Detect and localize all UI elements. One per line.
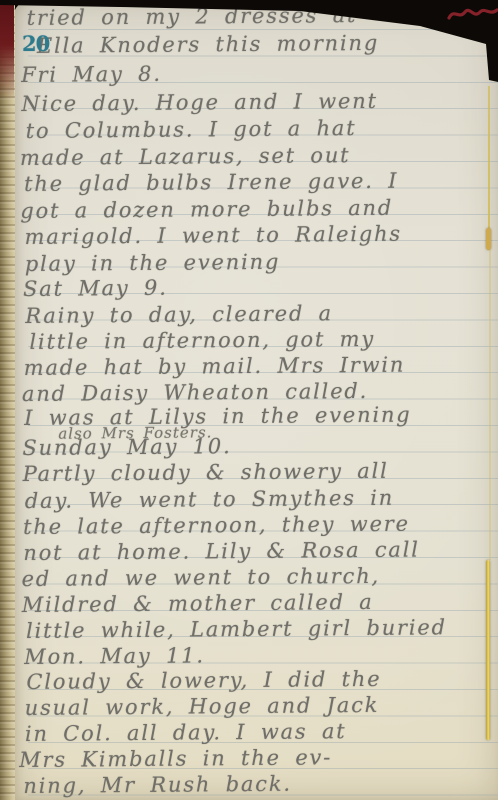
journal-date-line: Sat May 9. bbox=[23, 276, 168, 301]
journal-line: the late afternoon, they were bbox=[23, 512, 410, 539]
journal-line: made at Lazarus, set out bbox=[20, 143, 351, 170]
journal-date-line: Sunday May 10. bbox=[22, 434, 231, 460]
journal-line: marigold. I went to Raleighs bbox=[24, 222, 402, 249]
page-number: 20 bbox=[22, 31, 49, 56]
journal-line: the glad bulbs Irene gave. I bbox=[24, 169, 398, 196]
journal-line: and Daisy Wheaton called. bbox=[22, 379, 368, 406]
journal-line: play in the evening bbox=[25, 250, 281, 276]
journal-line: in Col. all day. I was at bbox=[25, 719, 347, 746]
page-edge-cord bbox=[488, 86, 490, 250]
book-spine-corner bbox=[0, 0, 14, 100]
journal-line: made hat by mail. Mrs Irwin bbox=[24, 353, 406, 380]
journal-line: Mrs Kimballs in the ev- bbox=[19, 745, 332, 772]
journal-line: little in afternoon, got my bbox=[29, 327, 375, 354]
journal-line: Partly cloudy & showery all bbox=[23, 459, 389, 486]
diary-photo: tried on my 2 dresses at— Ella Knoders t… bbox=[0, 0, 498, 800]
journal-line: ed and we went to church, bbox=[21, 564, 380, 591]
journal-line: Mildred & mother called a bbox=[22, 590, 374, 617]
journal-line: little while, Lambert girl buried bbox=[26, 615, 447, 643]
journal-line: not at home. Lily & Rosa call bbox=[23, 538, 420, 565]
journal-line: got a dozen more bulbs and bbox=[20, 196, 393, 223]
journal-date-line: Fri May 8. bbox=[21, 62, 162, 87]
page-edge-cord bbox=[489, 250, 491, 560]
journal-line: usual work, Hoge and Jack bbox=[25, 693, 380, 720]
journal-line: Nice day. Hoge and I went bbox=[21, 89, 378, 116]
cover-marking-icon bbox=[446, 3, 498, 25]
journal-date-line: Mon. May 11. bbox=[24, 643, 205, 669]
journal-line: to Columbus. I got a hat bbox=[26, 116, 357, 143]
journal-line: day. We went to Smythes in bbox=[25, 486, 394, 513]
page-edge-cord-knot bbox=[486, 228, 491, 250]
handwriting-layer: tried on my 2 dresses at— Ella Knoders t… bbox=[0, 0, 498, 800]
page-stack-edge bbox=[0, 0, 15, 800]
journal-line: ning, Mr Rush back. bbox=[23, 772, 292, 798]
journal-line: Cloudy & lowery, I did the bbox=[26, 667, 381, 694]
page-edge-cord bbox=[486, 560, 490, 740]
journal-line: Ella Knoders this morning bbox=[37, 31, 379, 58]
journal-line: Rainy to day, cleared a bbox=[25, 301, 333, 328]
